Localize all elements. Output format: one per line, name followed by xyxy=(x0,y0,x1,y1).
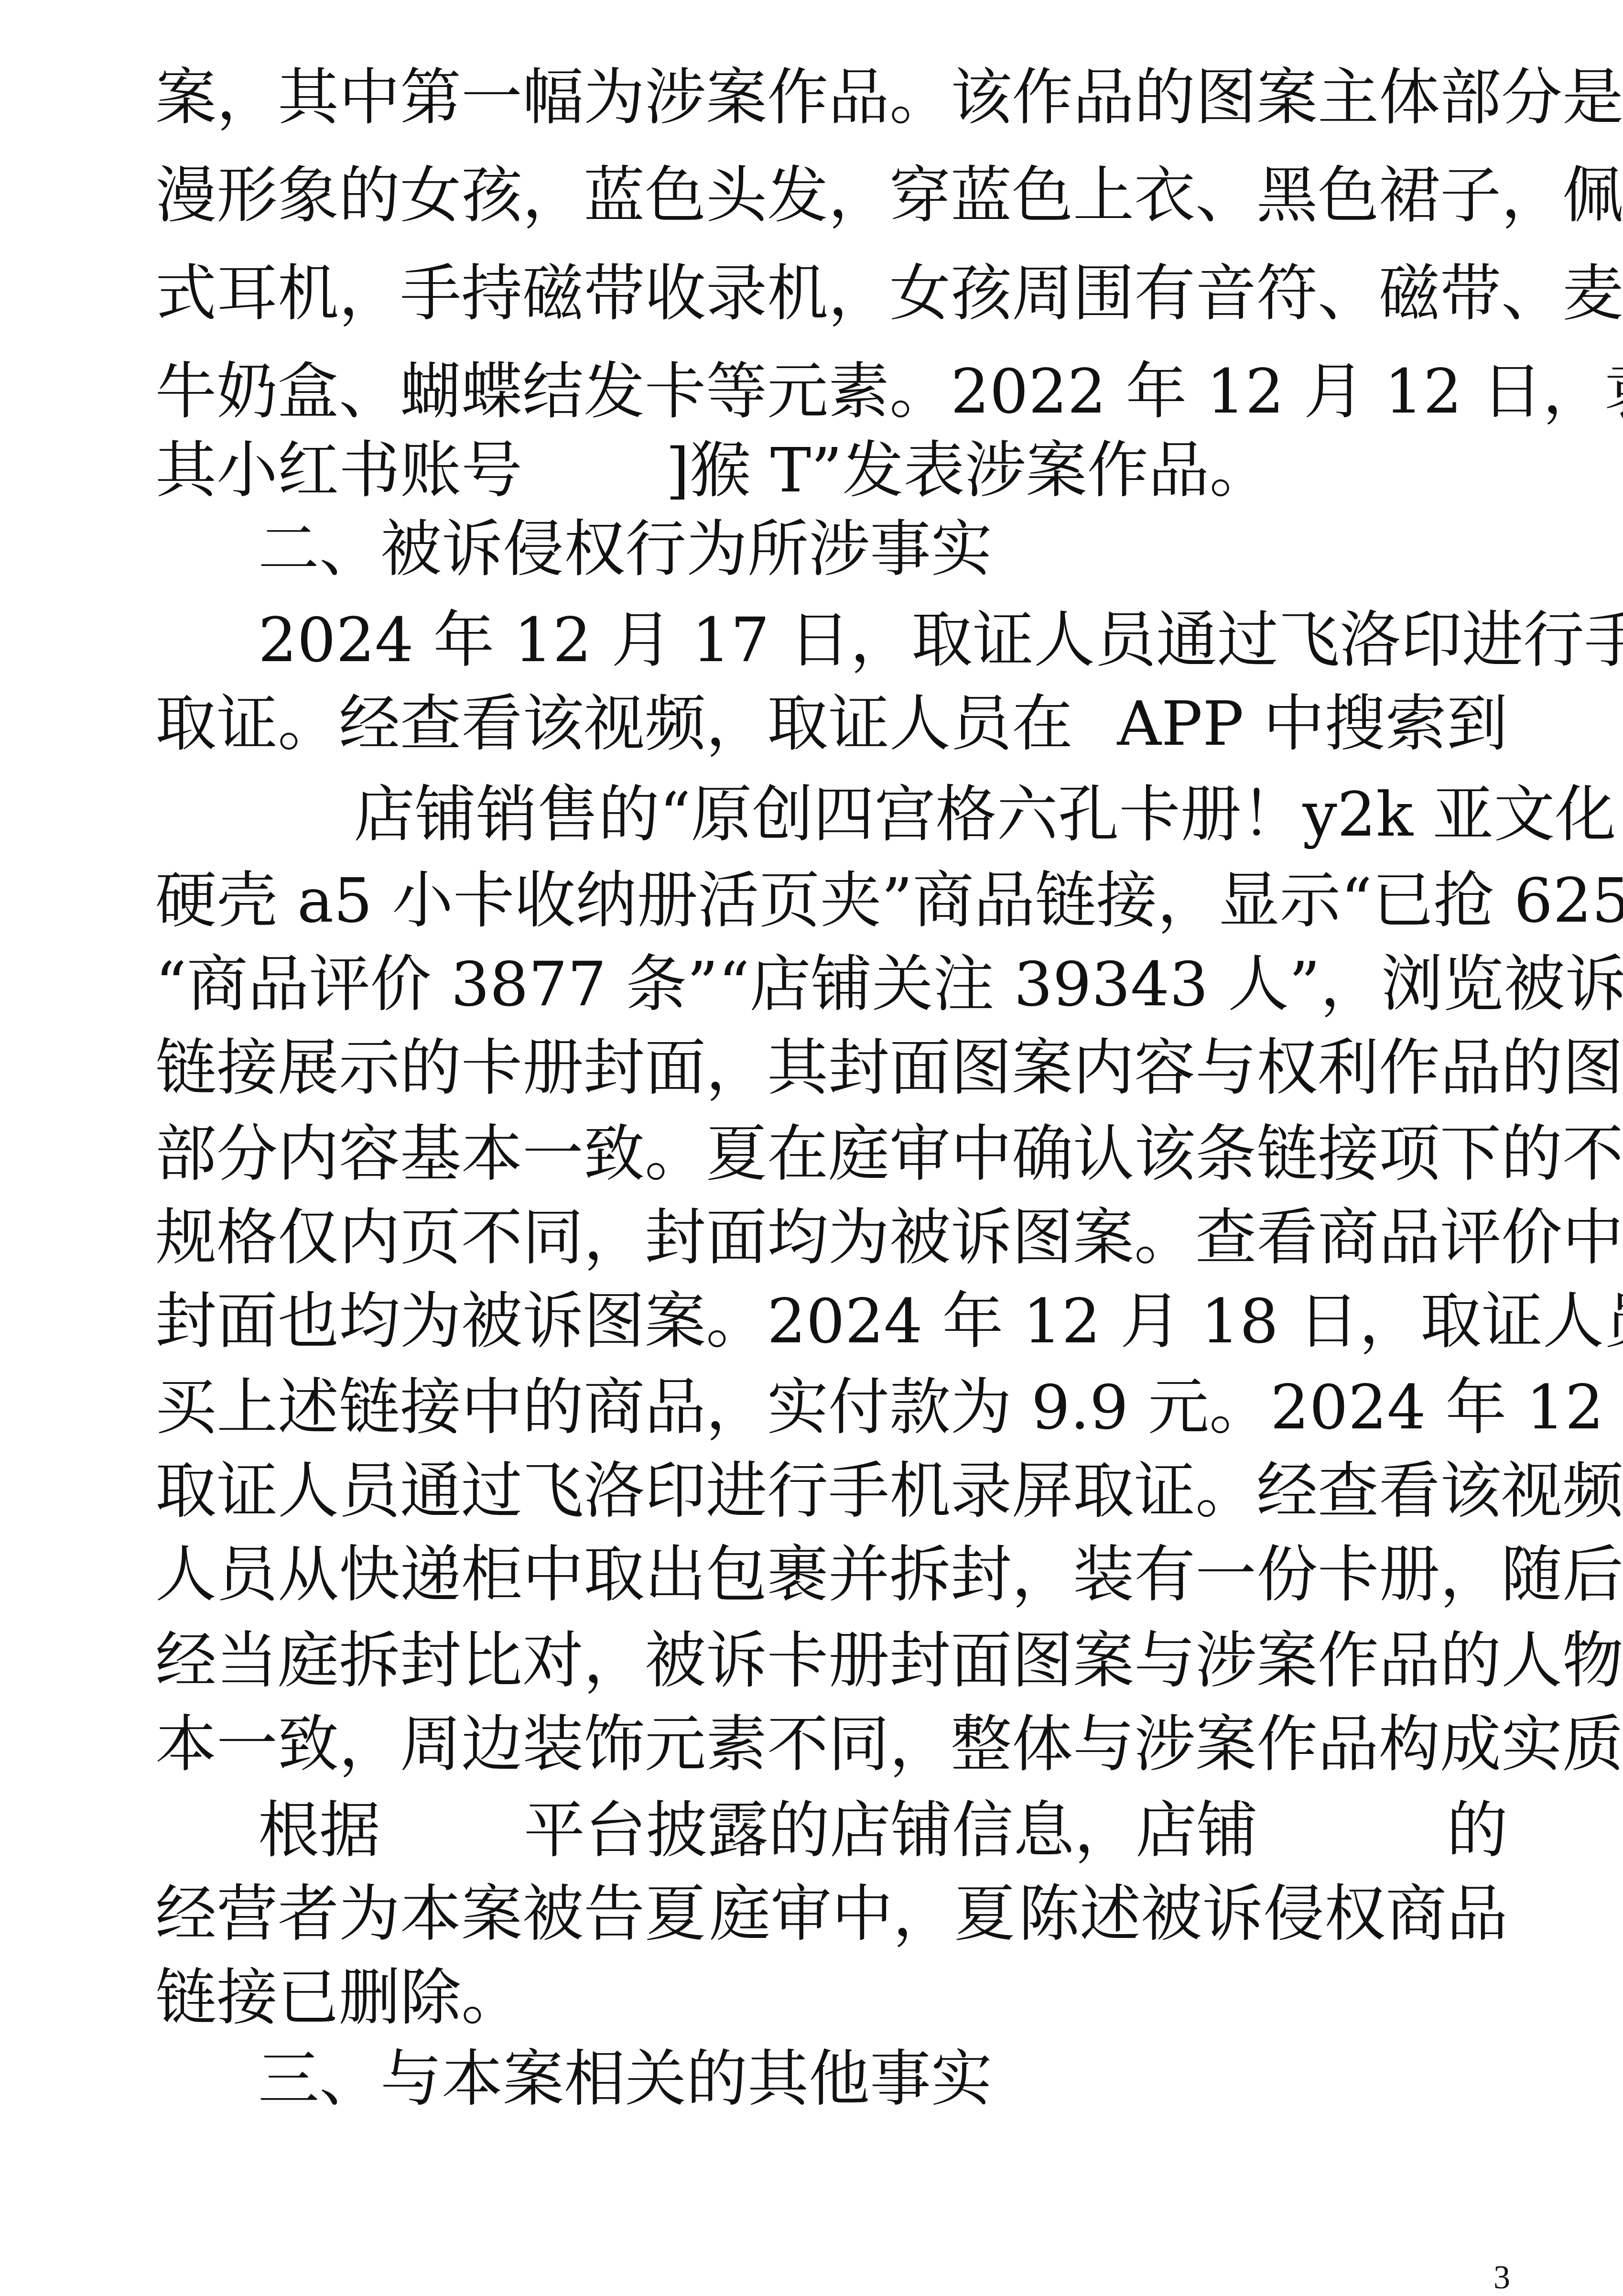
text-segment: 链接展示的卡册封面，其封面图案内容与权利作品的图案主体 xyxy=(155,1028,1623,1109)
paragraph-line: 硬壳 a5 小卡收纳册活页夹”商品链接，显示“已抢 6254 件” xyxy=(155,860,1508,942)
document-page: 案，其中第一幅为涉案作品。该作品的图案主体部分是一位动 漫形象的女孩，蓝色头发，… xyxy=(0,0,1623,2296)
text-segment: “商品评价 3877 条”“店铺关注 39343 人”，浏览被诉商品 xyxy=(155,944,1623,1025)
text-segment: 式耳机，手持磁带收录机，女孩周围有音符、磁带、麦克风、 xyxy=(155,253,1623,335)
text-segment: 其小红书账号 xyxy=(155,430,522,511)
text-segment: APP 中搜索到 xyxy=(1117,684,1508,765)
paragraph-line: 案，其中第一幅为涉案作品。该作品的图案主体部分是一位动 xyxy=(155,57,1508,139)
text-segment: 经营者为本案被告夏 xyxy=(155,1874,706,1955)
text-segment: 经当庭拆封比对，被诉卡册封面图案与涉案作品的人物部分基 xyxy=(155,1621,1623,1702)
text-segment: 链接已删除。 xyxy=(155,1958,522,2039)
text-segment: 牛奶盒、蝴蝶结发卡等元素。2022 年 12 月 12 日，袁 xyxy=(155,351,1623,433)
paragraph-line: 店铺销售的“原创四宫格六孔卡册！y2k 亚文化日系 xyxy=(354,774,1508,856)
paragraph-line: 2024 年 12 月 17 日，取证人员通过飞洛印进行手机录屏 xyxy=(258,600,1508,681)
section-heading: 三、与本案相关的其他事实 xyxy=(258,2039,1508,2120)
text-segment: 部分内容基本一致。夏 xyxy=(155,1114,767,1195)
text-segment: 买上述链接中的商品，实付款为 9.9 元。2024 年 12 月 25 日， xyxy=(155,1367,1623,1448)
text-segment: ]猴 T”发表涉案作品。 xyxy=(666,430,1270,511)
text-segment: 根据 xyxy=(258,1790,380,1872)
paragraph-line: “商品评价 3877 条”“店铺关注 39343 人”，浏览被诉商品 xyxy=(155,944,1508,1025)
text-segment: 在庭审中确认该条链接项下的不同 xyxy=(767,1114,1623,1195)
page-number: 3 xyxy=(1493,2261,1510,2295)
paragraph-line: 取证人员通过飞洛印进行手机录屏取证。经查看该视频，取证 xyxy=(155,1451,1508,1532)
paragraph-line: 部分内容基本一致。夏 在庭审中确认该条链接项下的不同 xyxy=(155,1114,1508,1195)
paragraph-line: 牛奶盒、蝴蝶结发卡等元素。2022 年 12 月 12 日，袁 在 xyxy=(155,351,1508,433)
paragraph-line: 取证。经查看该视频，取证人员在 APP 中搜索到 xyxy=(155,684,1508,765)
paragraph-line: 式耳机，手持磁带收录机，女孩周围有音符、磁带、麦克风、 xyxy=(155,253,1508,335)
paragraph-line: 买上述链接中的商品，实付款为 9.9 元。2024 年 12 月 25 日， xyxy=(155,1367,1508,1448)
paragraph-line: 经当庭拆封比对，被诉卡册封面图案与涉案作品的人物部分基 xyxy=(155,1621,1508,1702)
text-segment: 的 xyxy=(1447,1790,1508,1872)
paragraph-line: 经营者为本案被告夏 庭审中，夏 陈述被诉侵权商品 xyxy=(155,1874,1508,1955)
text-segment: 本一致，周边装饰元素不同，整体与涉案作品构成实质性相似。 xyxy=(155,1704,1623,1785)
text-segment: 取证人员通过飞洛印进行手机录屏取证。经查看该视频，取证 xyxy=(155,1451,1623,1532)
text-segment: 陈述被诉侵权商品 xyxy=(1018,1874,1508,1955)
paragraph-line: 链接展示的卡册封面，其封面图案内容与权利作品的图案主体 xyxy=(155,1028,1508,1109)
text-segment: 庭审中，夏 xyxy=(709,1874,1015,1955)
text-segment: 漫形象的女孩，蓝色头发，穿蓝色上衣、黑色裙子，佩戴头戴 xyxy=(155,155,1623,237)
text-segment: 人员从快递柜中取出包裹并拆封，装有一份卡册，随后封装。 xyxy=(155,1534,1623,1616)
heading-text: 三、与本案相关的其他事实 xyxy=(258,2039,992,2120)
heading-text: 二、被诉侵权行为所涉事实 xyxy=(258,509,992,590)
text-segment: 案，其中第一幅为涉案作品。该作品的图案主体部分是一位动 xyxy=(155,57,1623,139)
paragraph-line: 人员从快递柜中取出包裹并拆封，装有一份卡册，随后封装。 xyxy=(155,1534,1508,1616)
paragraph-line: 其小红书账号 ]猴 T”发表涉案作品。 xyxy=(155,430,1508,511)
paragraph-line: 根据 平台披露的店铺信息，店铺 的 xyxy=(258,1790,1508,1872)
text-segment: 硬壳 a5 小卡收纳册活页夹”商品链接，显示“已抢 6254 件” xyxy=(155,860,1623,942)
paragraph-line: 漫形象的女孩，蓝色头发，穿蓝色上衣、黑色裙子，佩戴头戴 xyxy=(155,155,1508,237)
text-segment: 封面也均为被诉图案。2024 年 12 月 18 日，取证人员下单购 xyxy=(155,1281,1623,1362)
text-segment: 店铺销售的“原创四宫格六孔卡册！y2k 亚文化日系 xyxy=(354,774,1623,856)
text-segment: 取证。经查看该视频，取证人员在 xyxy=(155,684,1073,765)
paragraph-line: 封面也均为被诉图案。2024 年 12 月 18 日，取证人员下单购 xyxy=(155,1281,1508,1362)
text-segment: 平台披露的店铺信息，店铺 xyxy=(524,1790,1258,1872)
text-segment: 2024 年 12 月 17 日，取证人员通过飞洛印进行手机录屏 xyxy=(258,600,1623,681)
section-heading: 二、被诉侵权行为所涉事实 xyxy=(258,509,1508,590)
paragraph-line: 规格仅内页不同，封面均为被诉图案。查看商品评价中的商品 xyxy=(155,1197,1508,1279)
text-segment: 规格仅内页不同，封面均为被诉图案。查看商品评价中的商品 xyxy=(155,1197,1623,1279)
paragraph-line: 本一致，周边装饰元素不同，整体与涉案作品构成实质性相似。 xyxy=(155,1704,1508,1785)
paragraph-line: 链接已删除。 xyxy=(155,1958,1508,2039)
